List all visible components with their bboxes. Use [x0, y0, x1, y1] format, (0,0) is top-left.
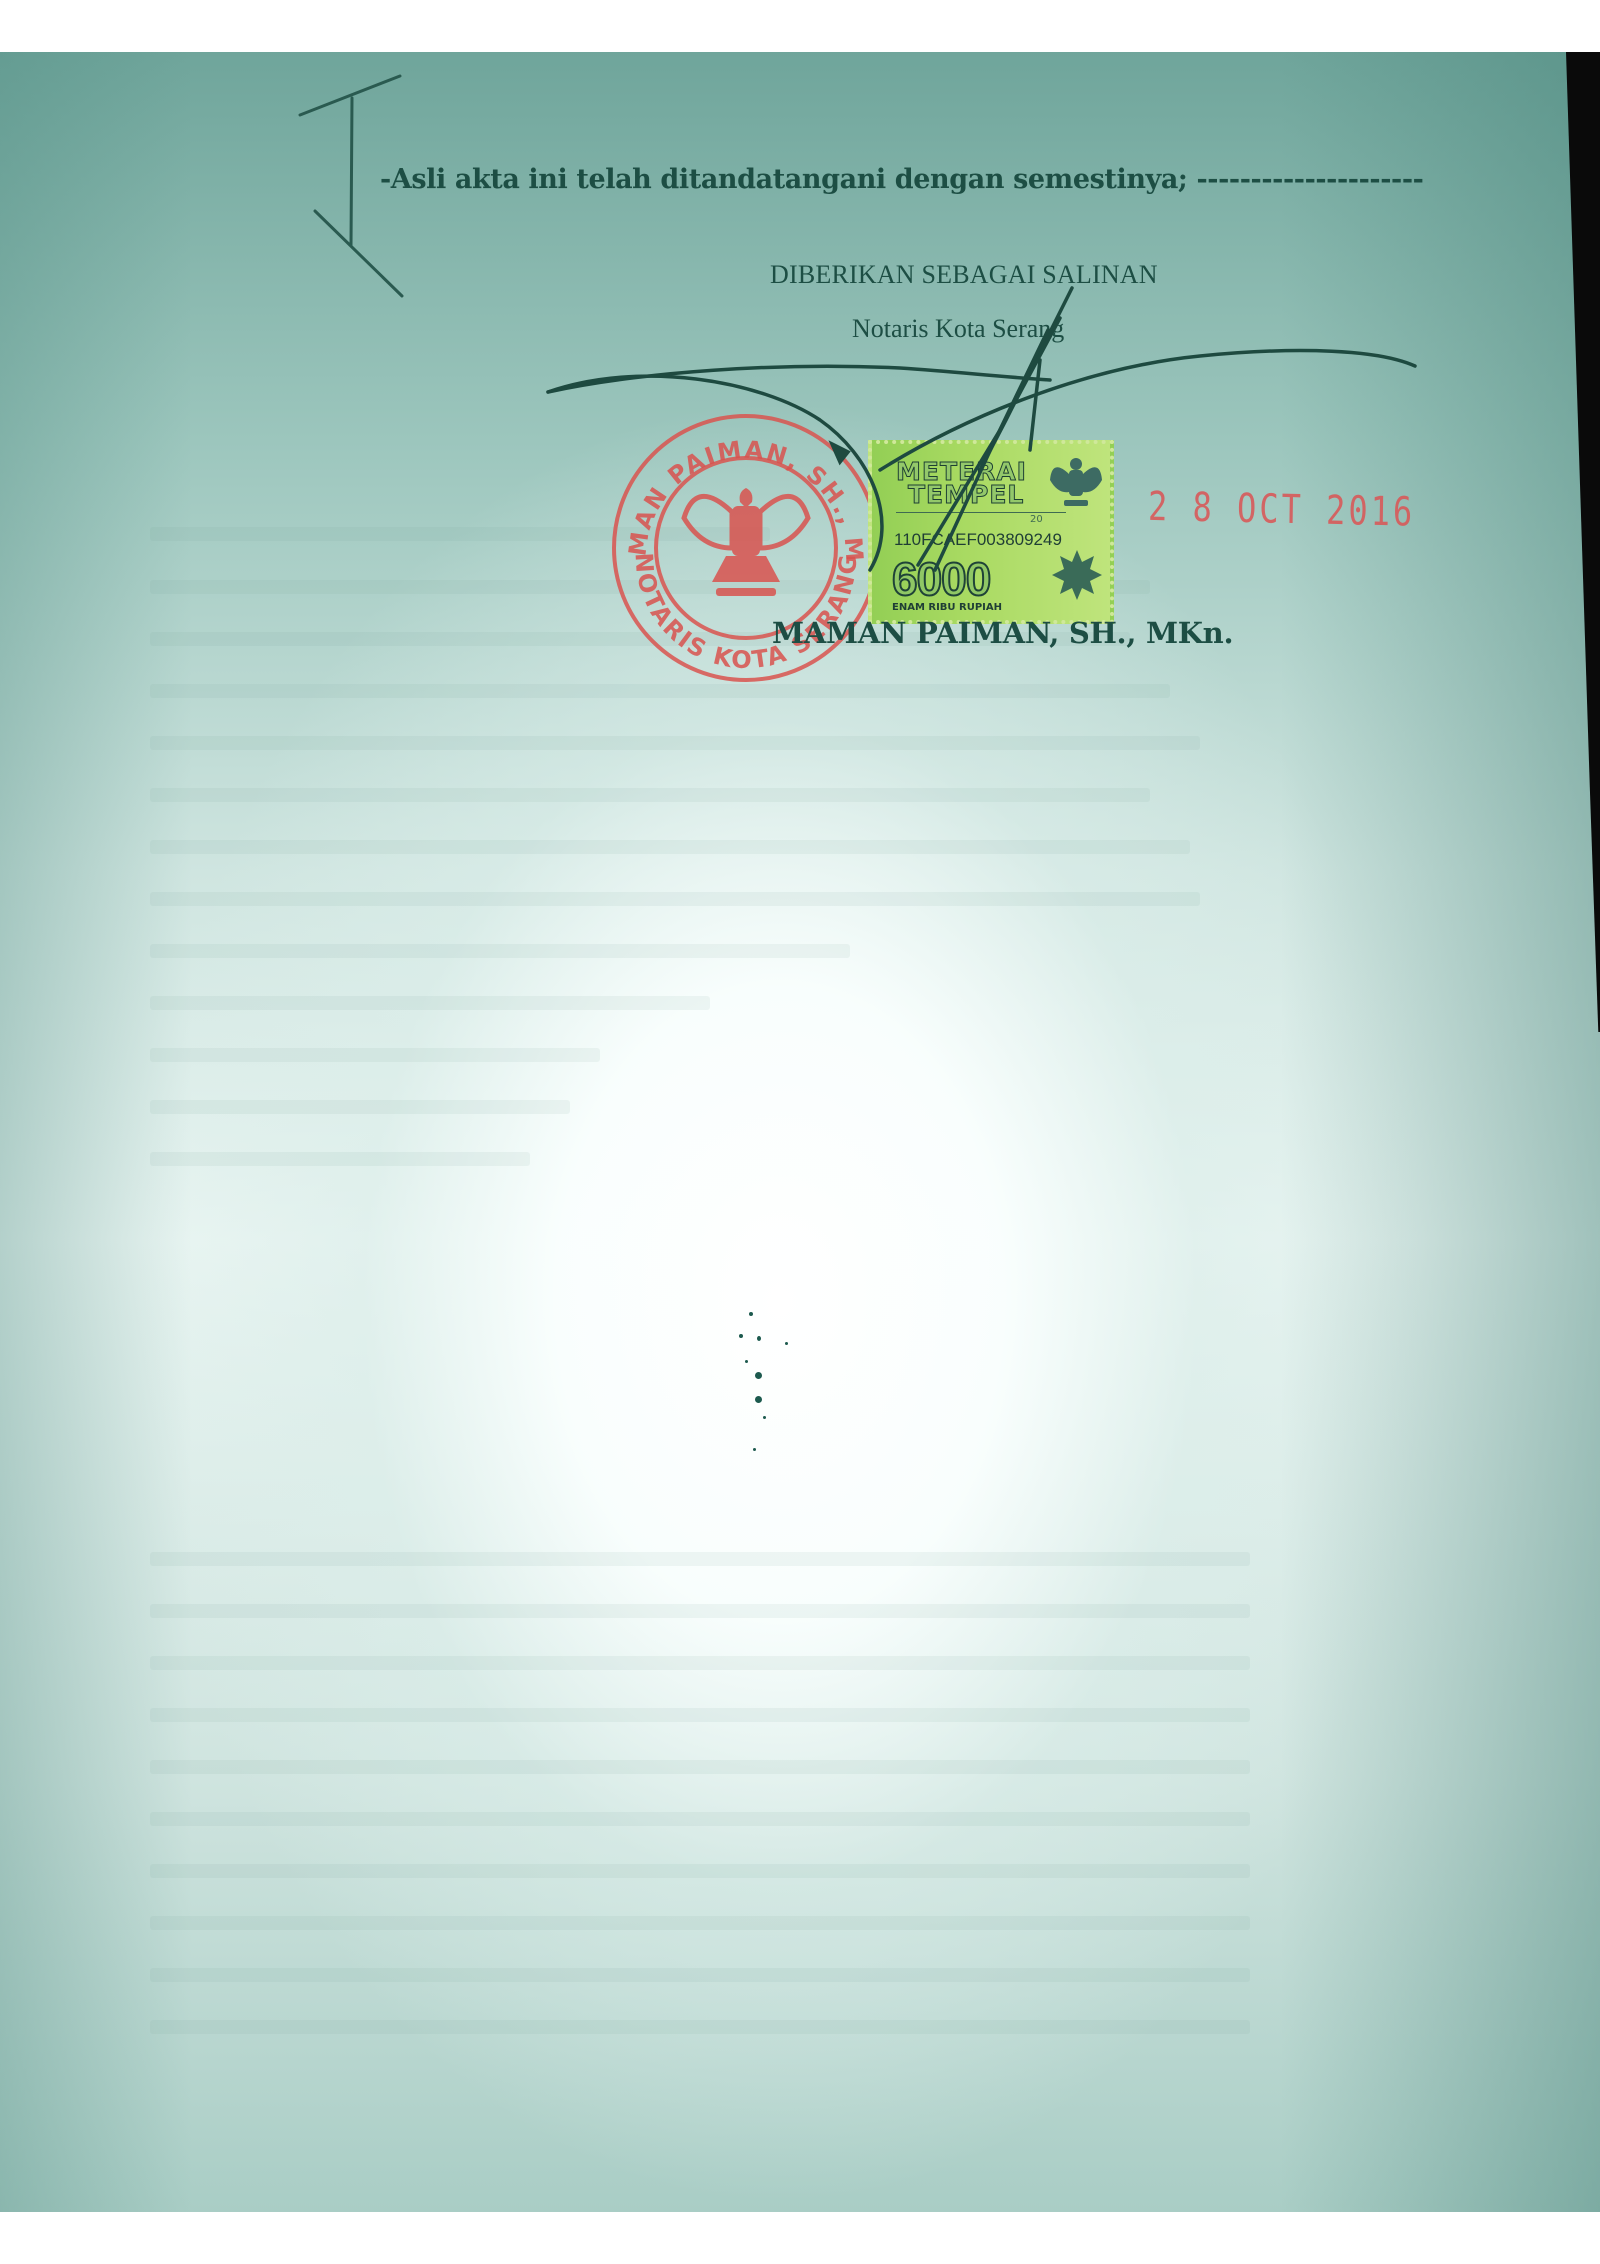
bleed-through-text [0, 52, 1600, 2212]
notary-name: MAMAN PAIMAN, SH., MKn. [772, 616, 1233, 650]
garuda-emblem-icon [1048, 454, 1104, 516]
revenue-stamp: METERAI TEMPEL 20 110FCAEF003809249 6000… [868, 440, 1114, 624]
star-ornament-icon [1050, 548, 1104, 602]
stamp-small-label: 20 [1030, 514, 1043, 525]
issuance-heading: DIBERIKAN SEBAGAI SALINAN [770, 260, 1158, 290]
stamp-value-words: ENAM RIBU RUPIAH [892, 602, 1002, 613]
stamp-serial: 110FCAEF003809249 [894, 530, 1062, 550]
garuda-emblem-icon [684, 488, 808, 596]
stamp-rule [896, 512, 1066, 513]
closing-statement: -Asli akta ini telah ditandatangani deng… [380, 164, 1423, 195]
document-page: -Asli akta ini telah ditandatangani deng… [0, 52, 1600, 2212]
date-stamp: 2 8 OCT 2016 [1148, 482, 1416, 535]
issuer-title: Notaris Kota Serang [852, 314, 1064, 344]
stamp-title: METERAI TEMPEL [896, 460, 1027, 506]
stamp-value: 6000 [892, 552, 990, 606]
